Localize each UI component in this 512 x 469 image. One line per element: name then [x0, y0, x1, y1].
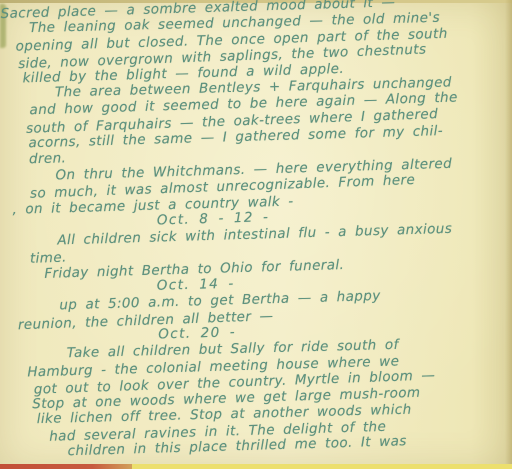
scan-bottom-red-mark — [0, 464, 132, 469]
handwritten-text-block: Sacred place — a sombre exalted mood abo… — [0, 0, 512, 462]
journal-page: Sacred place — a sombre exalted mood abo… — [0, 0, 512, 469]
